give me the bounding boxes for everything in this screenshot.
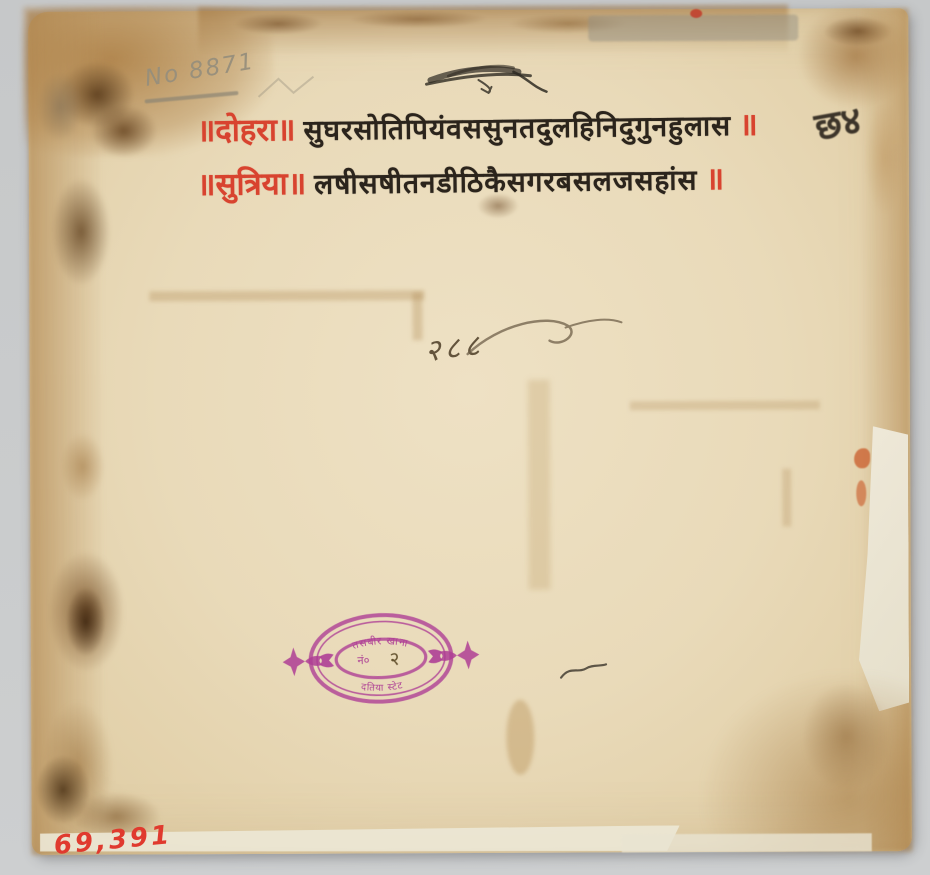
stain xyxy=(801,681,891,791)
pencil-inventory-number: No 8871 xyxy=(143,48,257,92)
offset-frame-mark xyxy=(630,400,820,410)
stamp-top-text: तसबीर खाना xyxy=(351,633,410,652)
orange-pigment-spot xyxy=(856,480,866,506)
crossed-out-scribble xyxy=(418,46,558,97)
stamp-left-ornament xyxy=(282,646,334,677)
stain xyxy=(823,16,893,46)
stain xyxy=(508,13,628,34)
stamp-handwritten-number: २ xyxy=(388,647,402,671)
stamp-bottom-text: दतिया स्टेट xyxy=(360,680,405,695)
stamp-center-text: नं० xyxy=(357,654,370,667)
stain xyxy=(43,702,114,832)
verse-label-sutriya: ॥सुत्रिया॥ xyxy=(197,162,307,205)
stain xyxy=(233,13,323,35)
stain xyxy=(701,671,912,852)
orange-pigment-spot xyxy=(854,448,870,468)
repair-patch xyxy=(858,426,909,711)
manuscript-folio: No 8871 ॥दोहरा॥ सुघरसोतिपियंवससुनतदुलहिन… xyxy=(28,8,912,855)
library-stamp: तसबीर खाना दतिया स्टेट नं० २ xyxy=(279,603,483,715)
offset-frame-mark xyxy=(149,290,424,301)
text-line-1: ॥दोहरा॥ सुघरसोतिपियंवससुनतदुलहिनिदुगुनहु… xyxy=(196,103,757,151)
stain xyxy=(865,98,906,218)
stain xyxy=(60,432,105,502)
pen-flourish xyxy=(459,301,629,372)
stain xyxy=(51,177,111,287)
stain xyxy=(506,700,534,775)
stain xyxy=(588,15,798,42)
stain xyxy=(28,12,107,855)
end-danda-1: ॥ xyxy=(739,103,758,145)
stain xyxy=(89,103,159,158)
stain xyxy=(36,72,82,142)
marginal-mark: छ४ xyxy=(810,93,865,152)
stain xyxy=(66,587,106,657)
stain xyxy=(56,59,136,129)
stain xyxy=(858,8,912,851)
ink-squiggle xyxy=(556,657,611,685)
accession-number: 69,391 xyxy=(53,820,174,861)
verse-label-dohara: ॥दोहरा॥ xyxy=(196,108,295,151)
torn-backing-strip xyxy=(622,833,872,852)
offset-frame-mark xyxy=(412,292,422,340)
end-danda-2: ॥ xyxy=(705,157,724,199)
pencil-underline xyxy=(145,91,239,104)
stain xyxy=(49,552,125,672)
offset-frame-mark xyxy=(782,469,791,527)
stain xyxy=(35,755,90,825)
photograph-background: No 8871 ॥दोहरा॥ सुघरसोतिपियंवससुनतदुलहिन… xyxy=(0,0,930,875)
text-line-2: ॥सुत्रिया॥ लषीसषीतनडीठिकैसगरबसलजसहांस ॥ xyxy=(197,157,725,205)
svg-text:दतिया स्टेट: दतिया स्टेट xyxy=(360,680,405,695)
stain xyxy=(348,10,488,29)
pencil-scribble xyxy=(253,69,343,104)
stamp-right-ornament xyxy=(428,640,480,671)
verse-text-2: लषीसषीतनडीठिकैसगरबसलजसहांस xyxy=(314,160,698,202)
red-pigment-dot xyxy=(690,9,702,18)
stain xyxy=(528,380,551,590)
svg-text:तसबीर खाना: तसबीर खाना xyxy=(351,633,410,652)
verse-text-1: सुघरसोतिपियंवससुनतदुलहिनिदुगुनहुलास xyxy=(303,106,731,149)
